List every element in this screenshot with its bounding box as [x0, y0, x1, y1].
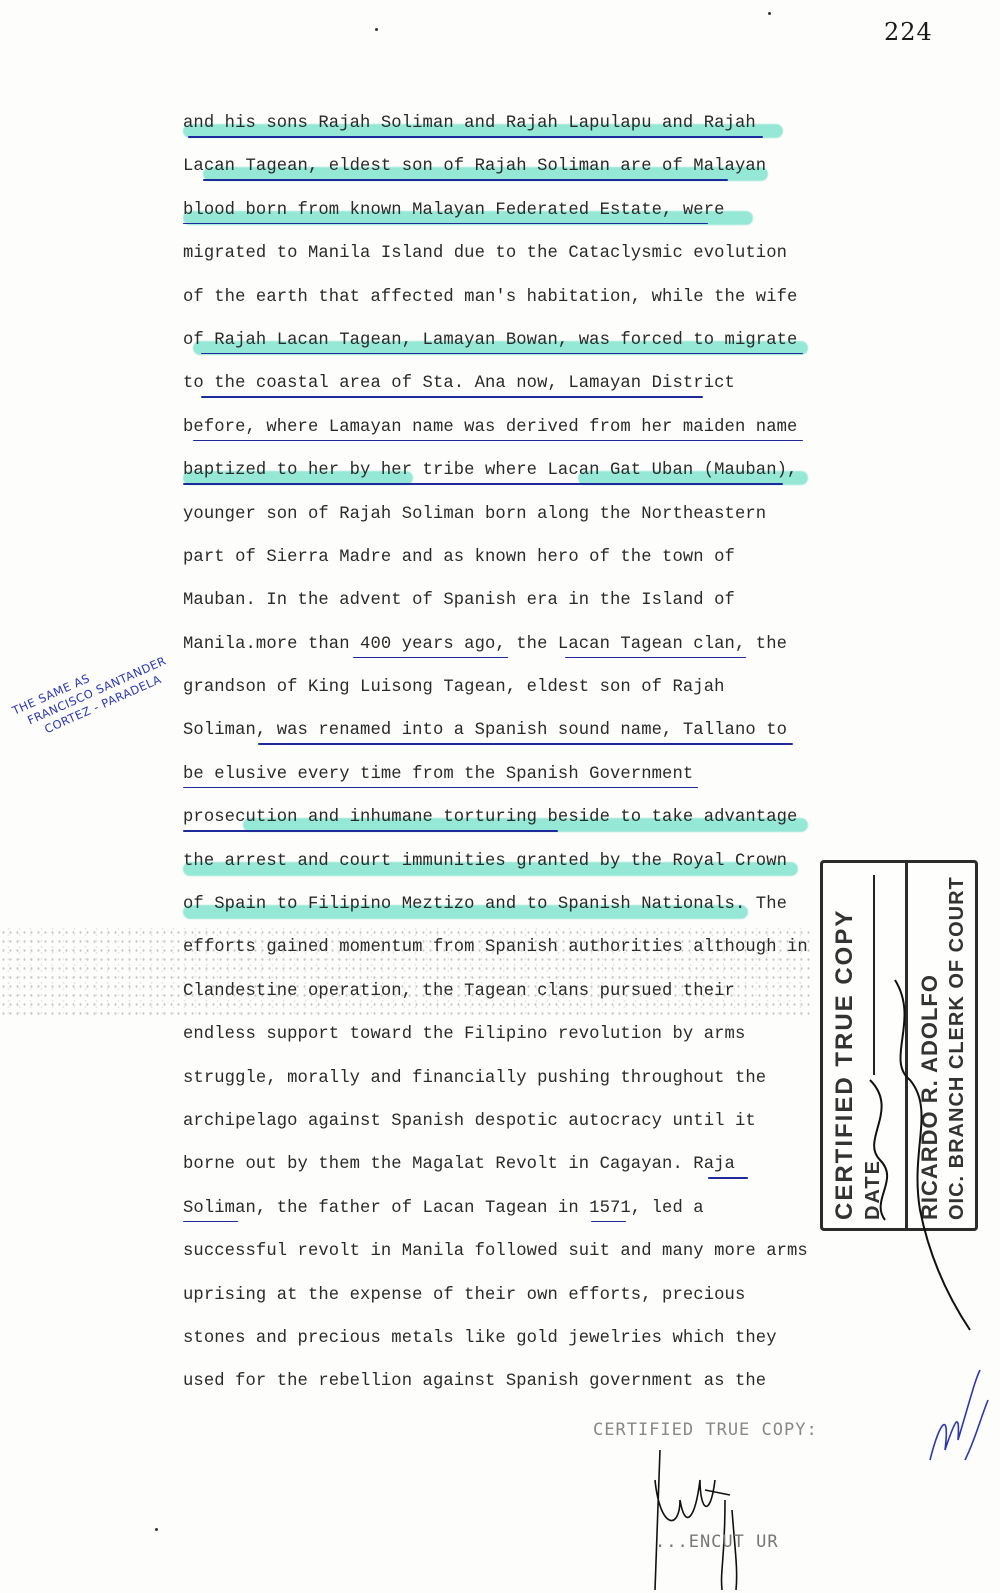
line-text: of the earth that affected man's habitat… [183, 288, 797, 307]
pen-underline [708, 1177, 748, 1179]
document-line: the arrest and court immunities granted … [183, 846, 833, 889]
document-line: and his sons Rajah Soliman and Rajah Lap… [183, 108, 833, 151]
line-text: migrated to Manila Island due to the Cat… [183, 244, 787, 263]
pen-underline [193, 440, 803, 442]
document-line: baptized to her by her tribe where Lacan… [183, 455, 833, 498]
bottom-signatory-name: ...ENCUT UR [655, 1532, 779, 1552]
document-line: Manila.more than 400 years ago, the Laca… [183, 629, 833, 672]
line-text: blood born from known Malayan Federated … [183, 201, 725, 220]
document-line: of Rajah Lacan Tagean, Lamayan Bowan, wa… [183, 325, 833, 368]
pen-underline [591, 1221, 626, 1223]
line-text: stones and precious metals like gold jew… [183, 1329, 777, 1348]
document-line: stones and precious metals like gold jew… [183, 1323, 833, 1366]
line-text: grandson of King Luisong Tagean, eldest … [183, 678, 725, 697]
page-number: 224 [884, 18, 933, 46]
line-text: baptized to her by her tribe where Lacan… [183, 461, 797, 480]
document-line: migrated to Manila Island due to the Cat… [183, 238, 833, 281]
pen-underline [565, 657, 746, 659]
line-text: prosecution and inhumane torturing besid… [183, 808, 797, 827]
line-text: borne out by them the Magalat Revolt in … [183, 1155, 735, 1174]
handwritten-margin-note: THE SAME AS FRANCISCO SANTANDER CORTEZ -… [10, 624, 211, 746]
document-line: before, where Lamayan name was derived f… [183, 412, 833, 455]
speck [375, 28, 378, 31]
line-text: before, where Lamayan name was derived f… [183, 418, 797, 437]
margin-note-line: FRANCISCO SANTANDER [16, 637, 205, 732]
document-line: of Spain to Filipino Meztizo and to Span… [183, 889, 833, 932]
line-text: Soliman, was renamed into a Spanish soun… [183, 721, 787, 740]
document-line: Clandestine operation, the Tagean clans … [183, 976, 833, 1019]
line-text: Soliman, the father of Lacan Tagean in 1… [183, 1199, 704, 1218]
document-line: Lacan Tagean, eldest son of Rajah Solima… [183, 151, 833, 194]
document-line: endless support toward the Filipino revo… [183, 1019, 833, 1062]
line-text: successful revolt in Manila followed sui… [183, 1242, 808, 1261]
line-text: the arrest and court immunities granted … [183, 852, 787, 871]
line-text: to the coastal area of Sta. Ana now, Lam… [183, 374, 735, 393]
pen-underline [201, 396, 703, 398]
document-line: Soliman, the father of Lacan Tagean in 1… [183, 1193, 833, 1236]
stamp-signature-icon [840, 880, 980, 1340]
speck [155, 1528, 158, 1531]
document-line: of the earth that affected man's habitat… [183, 282, 833, 325]
document-line: to the coastal area of Sta. Ana now, Lam… [183, 368, 833, 411]
line-text: uprising at the expense of their own eff… [183, 1286, 745, 1305]
line-text: part of Sierra Madre and as known hero o… [183, 548, 735, 567]
document-line: archipelago against Spanish despotic aut… [183, 1106, 833, 1149]
document-line: used for the rebellion against Spanish g… [183, 1366, 833, 1409]
line-text: Mauban. In the advent of Spanish era in … [183, 591, 735, 610]
line-text: efforts gained momentum from Spanish aut… [183, 938, 808, 957]
pen-underline [183, 483, 783, 485]
bottom-certified-stamp: CERTIFIED TRUE COPY: [593, 1420, 818, 1440]
pen-underline [183, 787, 698, 789]
document-line: Soliman, was renamed into a Spanish soun… [183, 715, 833, 758]
initials-signature-icon [920, 1360, 990, 1490]
pen-underline [183, 1221, 238, 1223]
document-line: grandson of King Luisong Tagean, eldest … [183, 672, 833, 715]
document-line: successful revolt in Manila followed sui… [183, 1236, 833, 1279]
line-text: Clandestine operation, the Tagean clans … [183, 982, 735, 1001]
bottom-signature-icon [640, 1440, 750, 1590]
document-line: borne out by them the Magalat Revolt in … [183, 1149, 833, 1192]
line-text: younger son of Rajah Soliman born along … [183, 505, 766, 524]
line-text: be elusive every time from the Spanish G… [183, 765, 693, 784]
document-line: be elusive every time from the Spanish G… [183, 759, 833, 802]
document-line: younger son of Rajah Soliman born along … [183, 499, 833, 542]
line-text: Lacan Tagean, eldest son of Rajah Solima… [183, 157, 766, 176]
line-text: of Spain to Filipino Meztizo and to Span… [183, 895, 787, 914]
pen-underline [258, 743, 793, 745]
line-text: struggle, morally and financially pushin… [183, 1069, 766, 1088]
document-line: Mauban. In the advent of Spanish era in … [183, 585, 833, 628]
pen-underline [353, 657, 508, 659]
document-line: uprising at the expense of their own eff… [183, 1280, 833, 1323]
line-text: endless support toward the Filipino revo… [183, 1025, 745, 1044]
document-line: struggle, morally and financially pushin… [183, 1063, 833, 1106]
pen-underline [183, 830, 558, 832]
pen-underline [188, 136, 763, 138]
speck [768, 12, 771, 15]
document-line: part of Sierra Madre and as known hero o… [183, 542, 833, 585]
document-body: and his sons Rajah Soliman and Rajah Lap… [183, 108, 833, 1410]
document-line: prosecution and inhumane torturing besid… [183, 802, 833, 845]
document-line: blood born from known Malayan Federated … [183, 195, 833, 238]
line-text: and his sons Rajah Soliman and Rajah Lap… [183, 114, 756, 133]
line-text: of Rajah Lacan Tagean, Lamayan Bowan, wa… [183, 331, 797, 350]
pen-underline [203, 179, 728, 181]
line-text: Manila.more than 400 years ago, the Laca… [183, 635, 787, 654]
document-line: efforts gained momentum from Spanish aut… [183, 932, 833, 975]
line-text: used for the rebellion against Spanish g… [183, 1372, 766, 1391]
line-text: archipelago against Spanish despotic aut… [183, 1112, 756, 1131]
